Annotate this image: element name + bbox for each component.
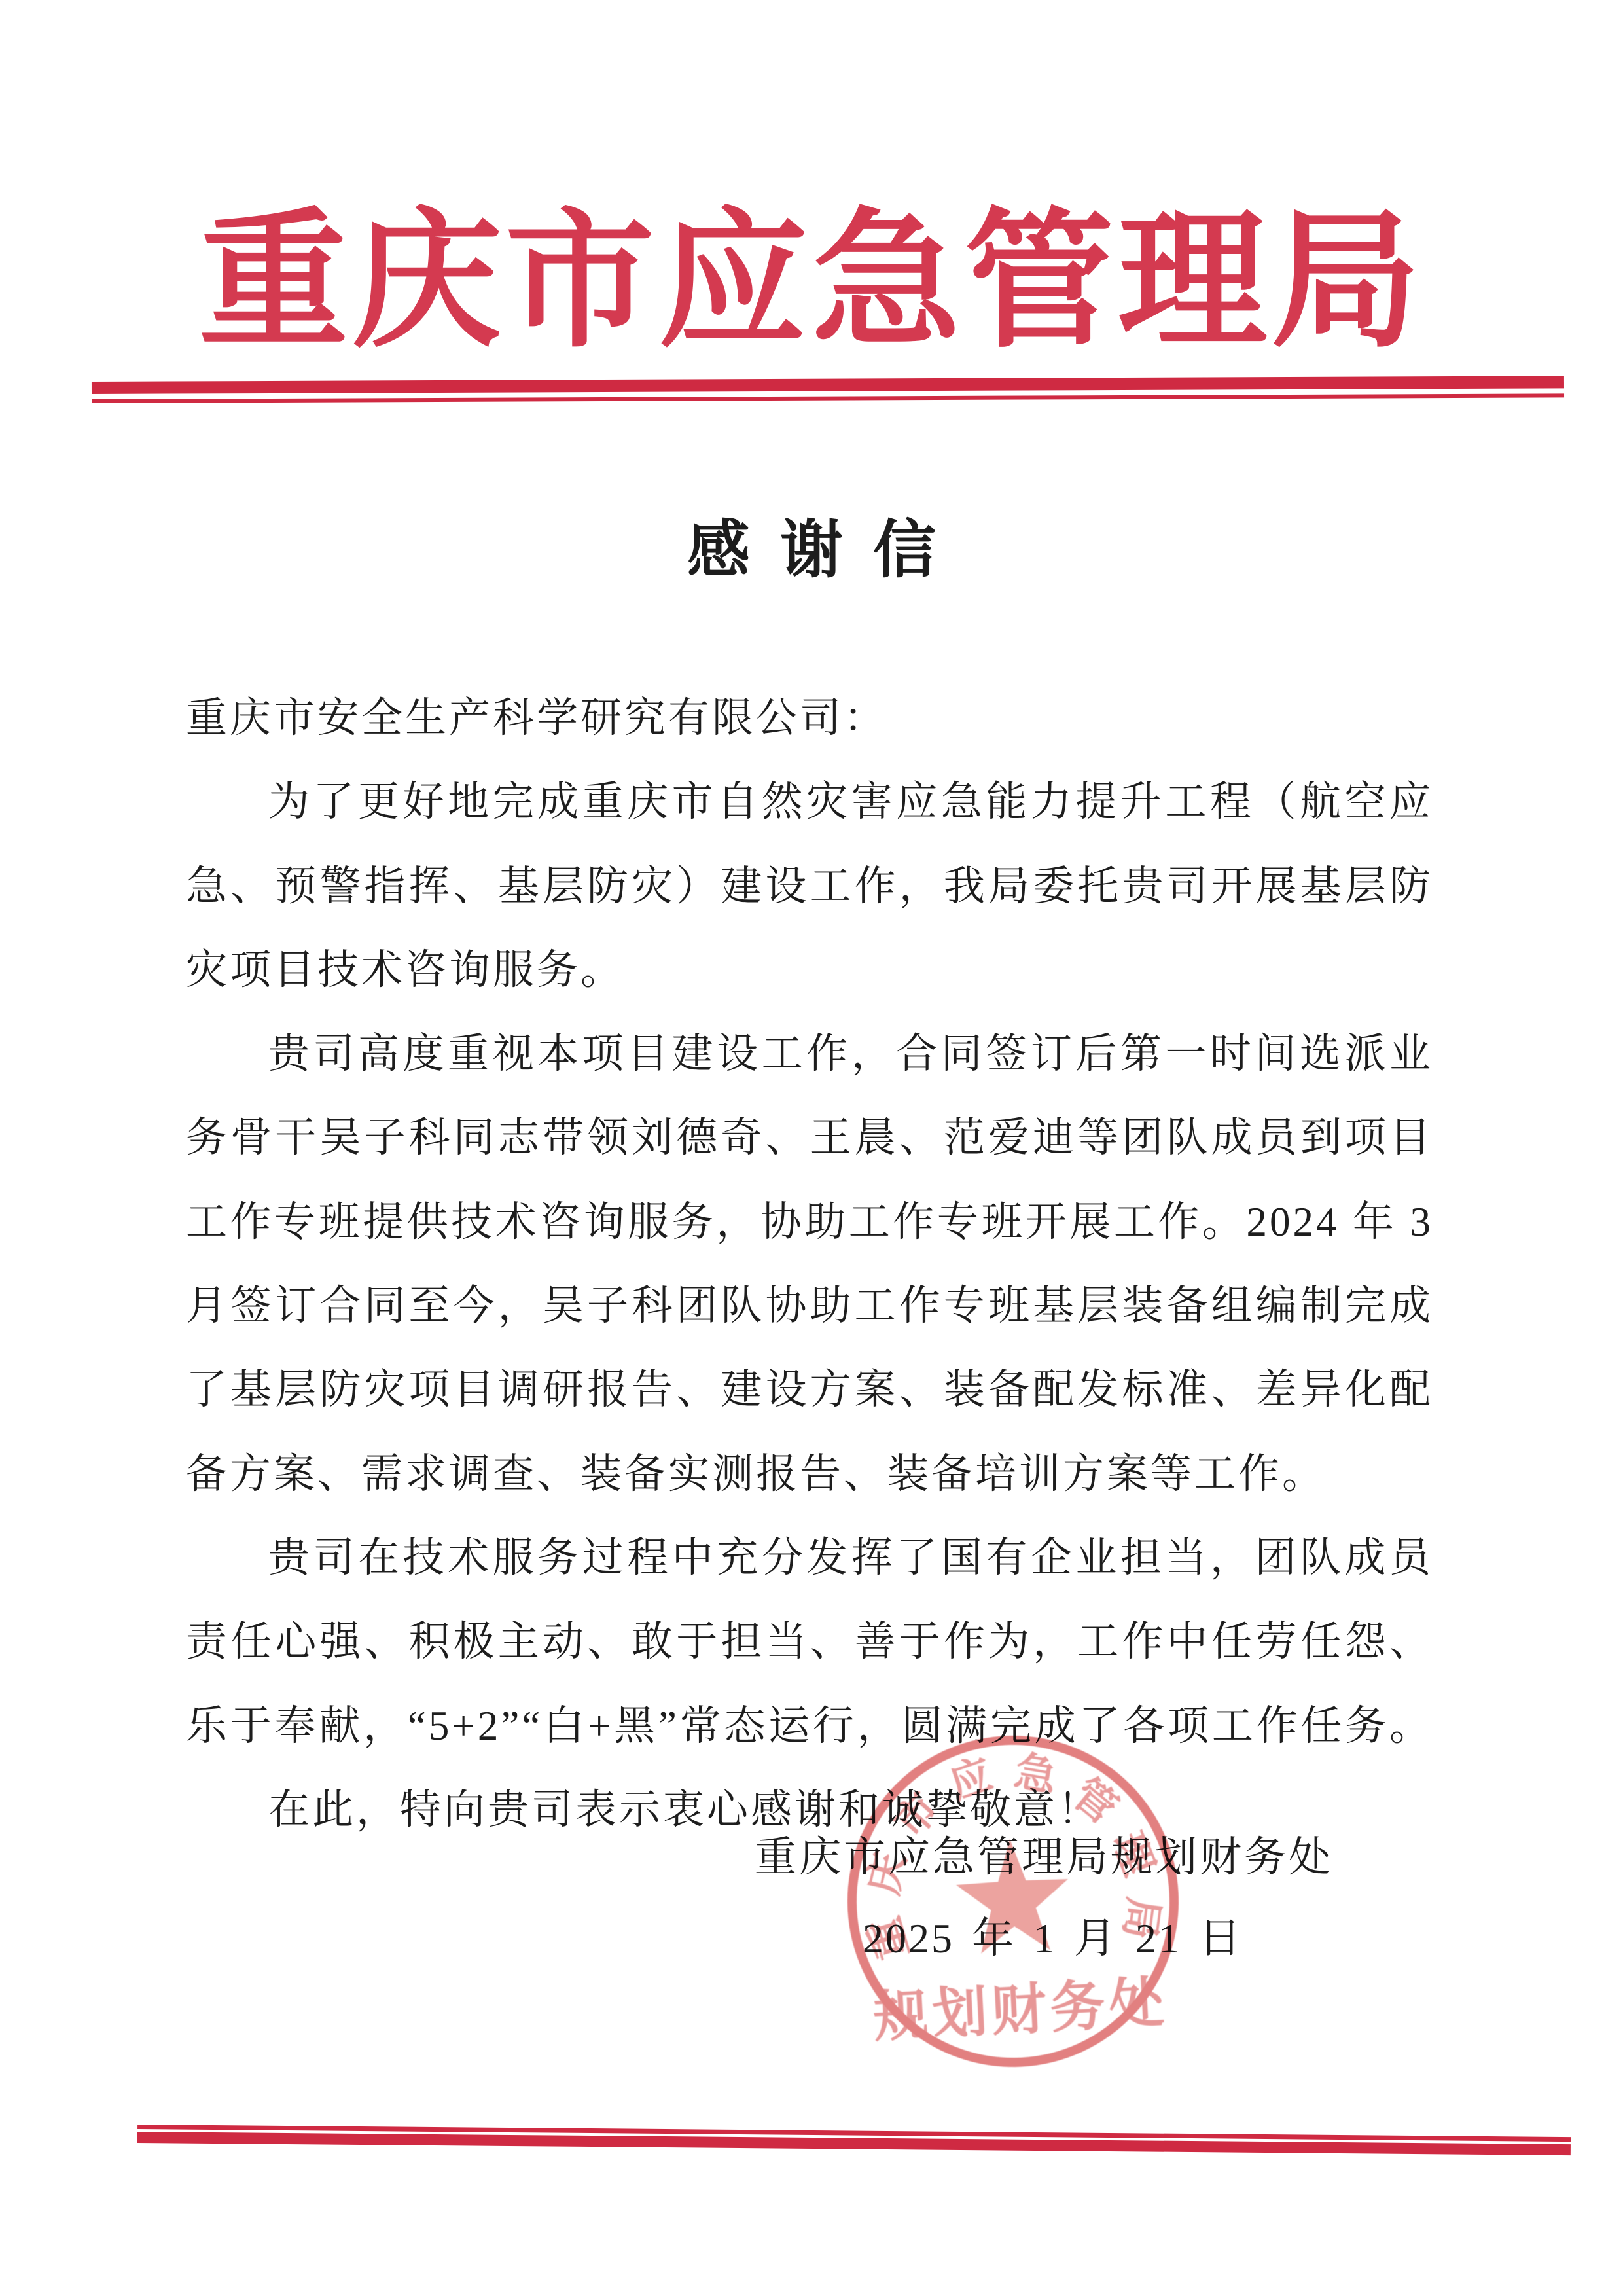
letterhead-rule-thick: [92, 376, 1564, 394]
body-line: 工作专班提供技术咨询服务，协助工作专班开展工作。2024 年 3: [186, 1180, 1433, 1264]
letter-page: 重庆市应急管理局 感谢信 重庆市安全生产科学研究有限公司：为了更好地完成重庆市自…: [0, 0, 1623, 2296]
footer-divider: [137, 2125, 1571, 2155]
body-line: 灾项目技术咨询服务。: [186, 928, 1433, 1012]
body-line: 重庆市安全生产科学研究有限公司：: [186, 676, 1433, 760]
body-line: 为了更好地完成重庆市自然灾害应急能力提升工程（航空应: [186, 760, 1433, 844]
body-line: 乐于奉献，“5+2”“白+黑”常态运行，圆满完成了各项工作任务。: [186, 1684, 1433, 1768]
letterhead-rule-thin: [92, 393, 1564, 403]
letterhead-divider: [92, 376, 1564, 403]
body-line: 急、预警指挥、基层防灾）建设工作，我局委托贵司开展基层防: [186, 844, 1433, 928]
signature-department: 重庆市应急管理局规划财务处: [755, 1837, 1333, 1878]
body-line: 月签订合同至今，吴子科团队协助工作专班基层装备组编制完成: [186, 1264, 1433, 1348]
body-line: 了基层防灾项目调研报告、建设方案、装备配发标准、差异化配: [186, 1348, 1433, 1431]
letter-title: 感谢信: [0, 516, 1623, 585]
letter-date: 2025 年 1 月 21 日: [863, 1918, 1243, 1960]
body-line: 责任心强、积极主动、敢于担当、善于作为，工作中任劳任怨、: [186, 1600, 1433, 1683]
body-line: 贵司高度重视本项目建设工作，合同签订后第一时间选派业: [186, 1012, 1433, 1096]
stamp-bottom-text: 规划财务处: [872, 1973, 1169, 2049]
body-line: 贵司在技术服务过程中充分发挥了国有企业担当，团队成员: [186, 1516, 1433, 1600]
letter-body: 重庆市安全生产科学研究有限公司：为了更好地完成重庆市自然灾害应急能力提升工程（航…: [186, 676, 1433, 1852]
body-line: 备方案、需求调查、装备实测报告、装备培训方案等工作。: [186, 1432, 1433, 1516]
body-line: 务骨干吴子科同志带领刘德奇、王晨、范爱迪等团队成员到项目: [186, 1096, 1433, 1179]
letterhead-organization-title: 重庆市应急管理局: [0, 208, 1623, 357]
